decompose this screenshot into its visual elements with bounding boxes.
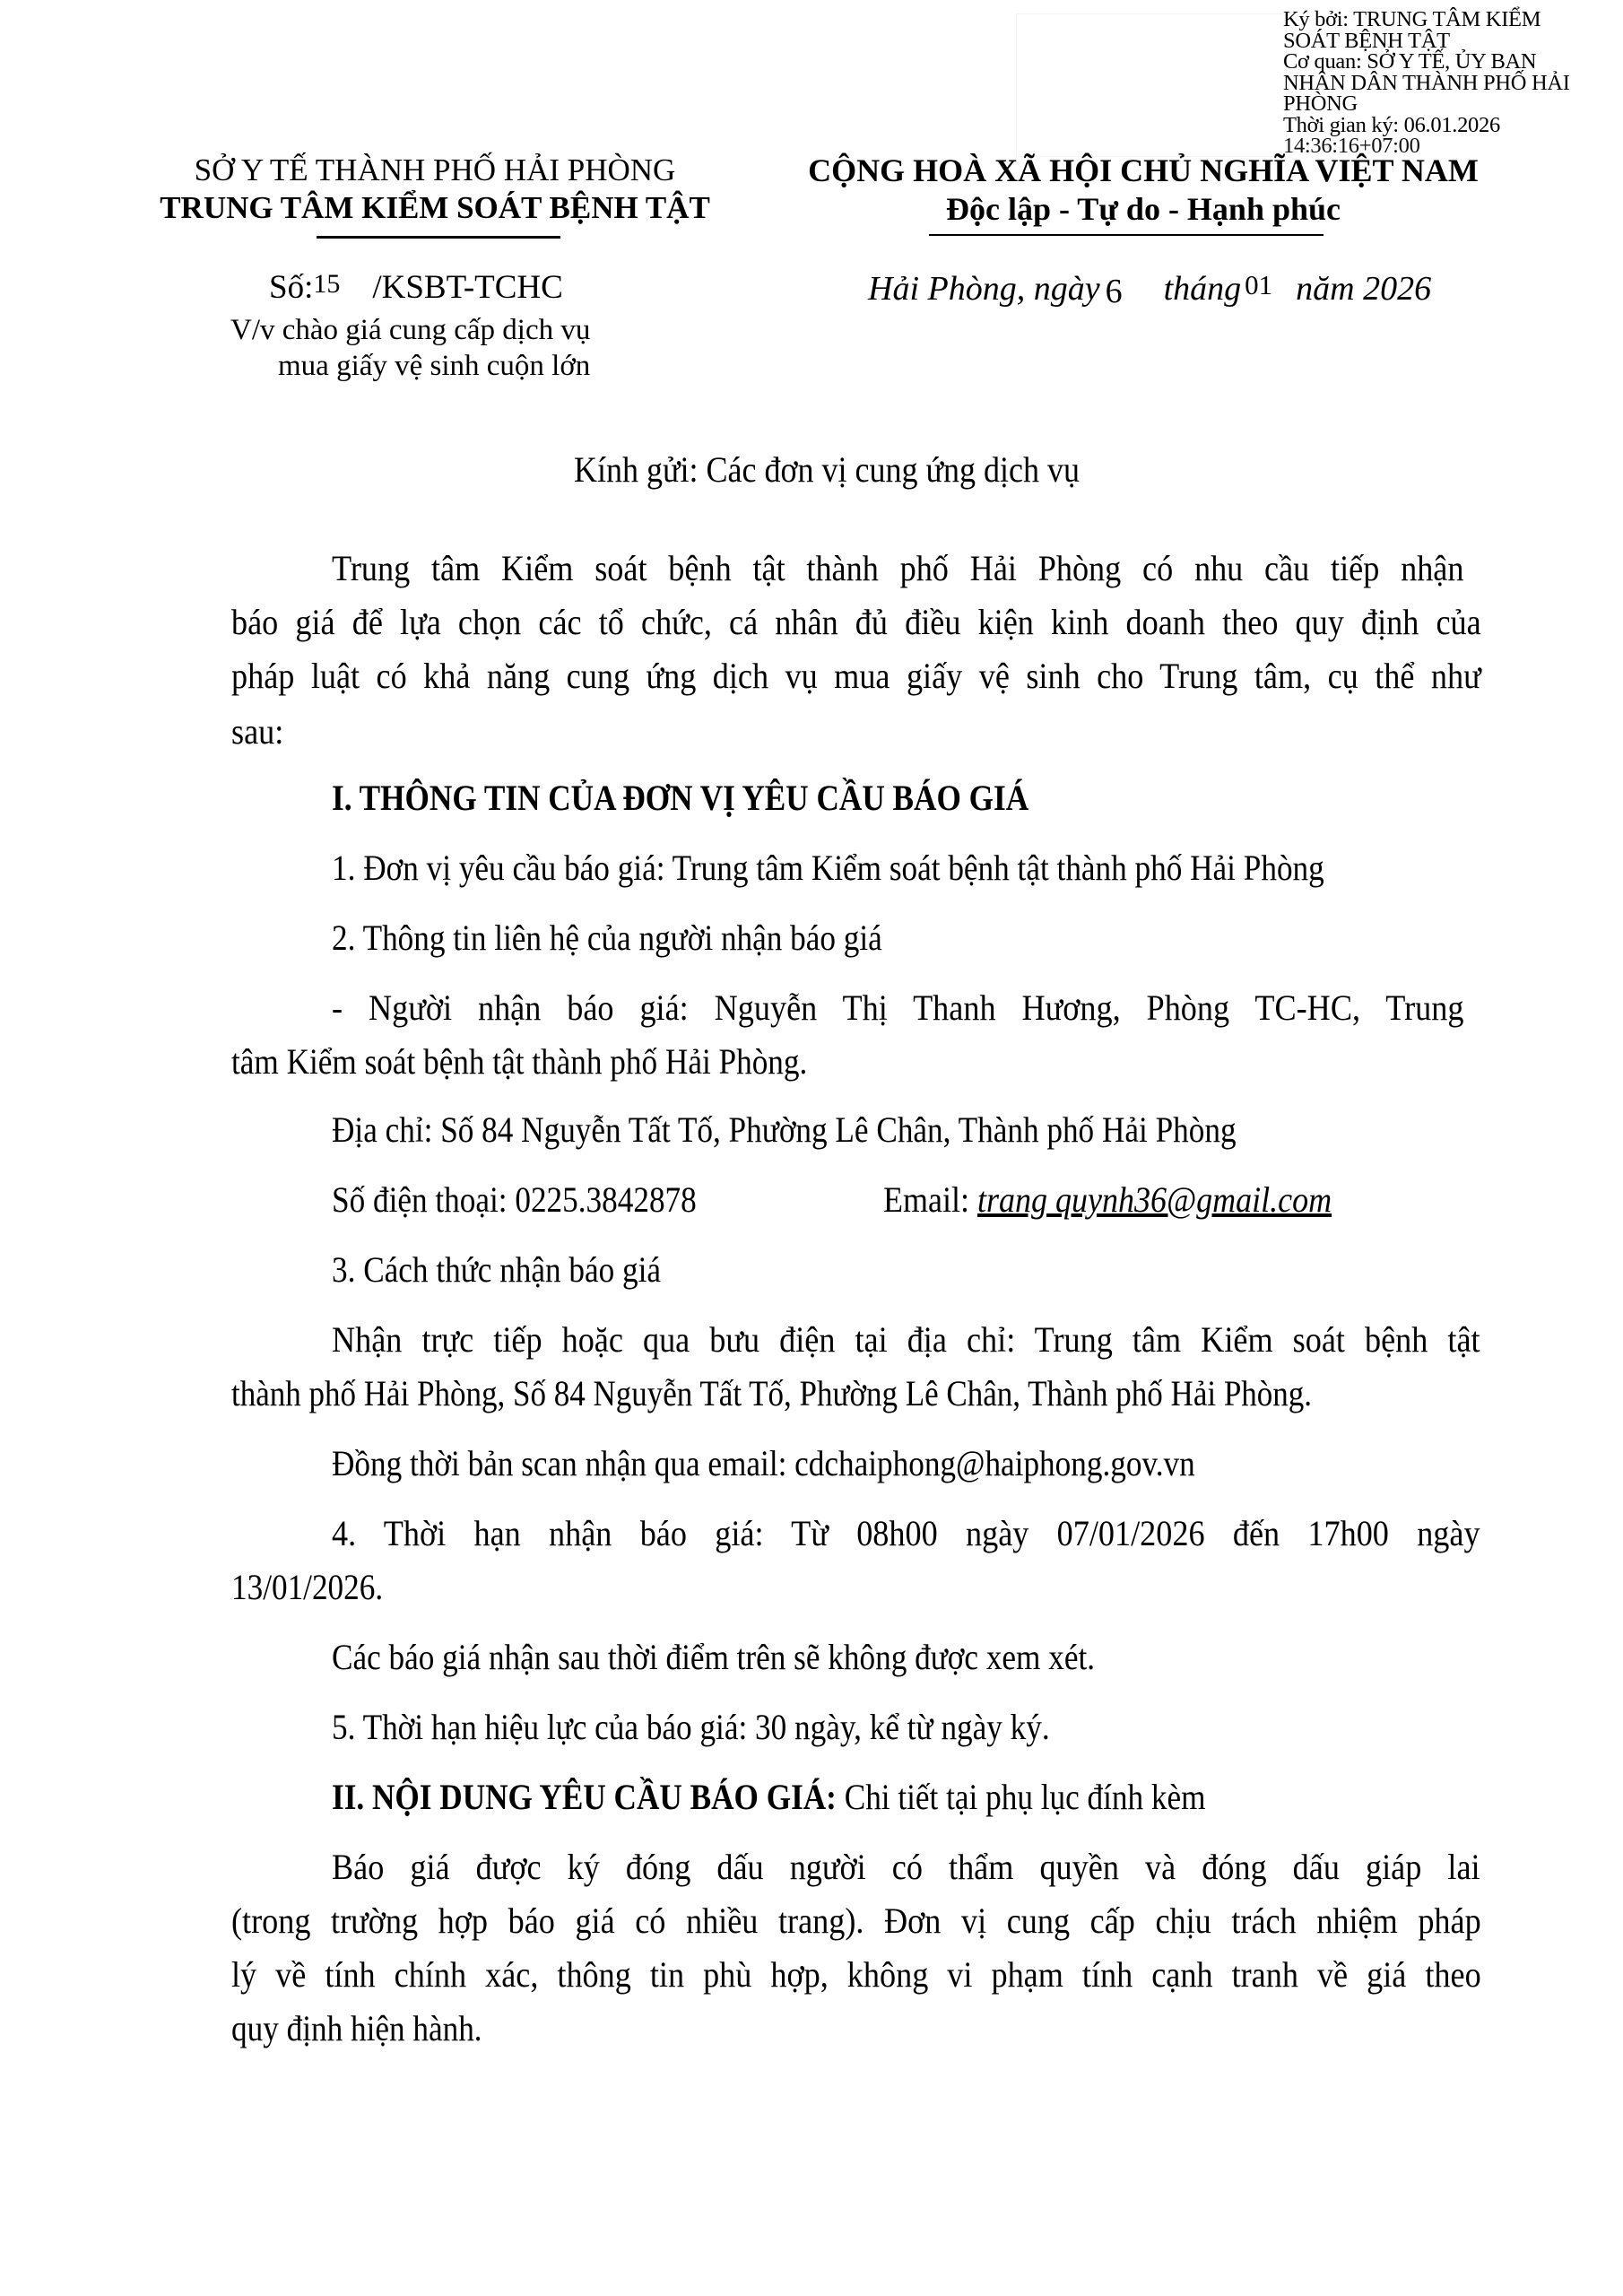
signature-line: NHÂN DÂN THÀNH PHỐ HẢI	[1283, 73, 1570, 94]
intro-text: Trung tâm Kiểm soát bệnh tật thành phố H…	[332, 549, 1463, 588]
agency-name: SỞ Y TẾ THÀNH PHỐ HẢI PHÒNG	[152, 152, 717, 188]
signature-line: Thời gian ký: 06.01.2026	[1283, 115, 1570, 136]
section-2-heading: II. NỘI DUNG YÊU CẦU BÁO GIÁ: Chi tiết t…	[332, 1778, 1206, 1817]
receiver-line-2: tâm Kiểm soát bệnh tật thành phố Hải Phò…	[231, 1042, 807, 1082]
signature-box-outline	[1016, 13, 1287, 157]
date-year: năm 2026	[1296, 270, 1431, 308]
intro-line-3: pháp luật có khả năng cung ứng dịch vụ m…	[231, 657, 1481, 696]
contact-address: Địa chỉ: Số 84 Nguyễn Tất Tố, Phường Lê …	[332, 1110, 1237, 1150]
section-2-text: lý về tính chính xác, thông tin phù hợp,…	[231, 1955, 1481, 1995]
digital-signature-stamp: Ký bởi: TRUNG TÂM KIỂM SOÁT BỆNH TẬT Cơ …	[1283, 9, 1570, 157]
deadline-text: 4. Thời hạn nhận báo giá: Từ 08h00 ngày …	[332, 1514, 1480, 1553]
section-2-para-line-3: lý về tính chính xác, thông tin phù hợp,…	[231, 1955, 1481, 1995]
nation-title: CỘNG HOÀ XÃ HỘI CHỦ NGHĨA VIỆT NAM	[789, 152, 1497, 188]
email-link[interactable]: trang quynh36@gmail.com	[977, 1179, 1332, 1220]
section-2-text: Báo giá được ký đóng dấu người có thẩm q…	[332, 1848, 1480, 1887]
intro-line-2: báo giá để lựa chọn các tổ chức, cá nhân…	[231, 603, 1481, 642]
recipient-line: Kính gửi: Các đơn vị cung ứng dịch vụ	[574, 450, 1080, 490]
date-place: Hải Phòng, ngày	[868, 270, 1100, 308]
intro-text: pháp luật có khả năng cung ứng dịch vụ m…	[231, 657, 1481, 696]
section-2-title: II. NỘI DUNG YÊU CẦU BÁO GIÁ:	[332, 1777, 837, 1817]
unit-name: TRUNG TÂM KIỂM SOÁT BỆNH TẬT	[152, 190, 717, 226]
contact-email: Email: trang quynh36@gmail.com	[883, 1180, 1332, 1220]
motto-underline	[929, 234, 1324, 236]
section-1-item-1: 1. Đơn vị yêu cầu báo giá: Trung tâm Kiể…	[332, 848, 1324, 888]
deadline-line-2: 13/01/2026.	[231, 1568, 383, 1607]
nation-motto: Độc lập - Tự do - Hạnh phúc	[789, 191, 1497, 227]
signature-line: Cơ quan: SỞ Y TẾ, ỦY BAN	[1283, 51, 1570, 73]
subject-line-2: mua giấy vệ sinh cuộn lớn	[278, 348, 590, 384]
receiver-text: - Người nhận báo giá: Nguyễn Thị Thanh H…	[332, 988, 1463, 1028]
document-date: Hải Phòng, ngày6tháng01năm 2026	[868, 269, 1431, 310]
late-note: Các báo giá nhận sau thời điểm trên sẽ k…	[332, 1638, 1095, 1677]
method-line-1: Nhận trực tiếp hoặc qua bưu điện tại địa…	[332, 1320, 1480, 1360]
email-label: Email:	[883, 1179, 969, 1220]
intro-line-1: Trung tâm Kiểm soát bệnh tật thành phố H…	[332, 549, 1463, 588]
number-suffix: /KSBT-TCHC	[372, 269, 562, 306]
section-1-heading: I. THÔNG TIN CỦA ĐƠN VỊ YÊU CẦU BÁO GIÁ	[332, 778, 1028, 818]
scan-email-line: Đồng thời bản scan nhận qua email: cdcha…	[332, 1444, 1195, 1483]
date-month: 01	[1241, 269, 1272, 300]
method-line-2: thành phố Hải Phòng, Số 84 Nguyễn Tất Tố…	[231, 1374, 1312, 1413]
receiver-line-1: - Người nhận báo giá: Nguyễn Thị Thanh H…	[332, 988, 1463, 1028]
date-day: 6	[1100, 273, 1123, 310]
section-2-para-line-4: quy định hiện hành.	[231, 2009, 482, 2048]
number-value: 15	[313, 269, 340, 299]
scan-email-text: Đồng thời bản scan nhận qua email: cdcha…	[332, 1443, 1195, 1483]
deadline-line-1: 4. Thời hạn nhận báo giá: Từ 08h00 ngày …	[332, 1514, 1480, 1553]
signature-line: SOÁT BỆNH TẬT	[1283, 30, 1570, 52]
section-1-item-5: 5. Thời hạn hiệu lực của báo giá: 30 ngà…	[332, 1708, 1050, 1747]
section-2-text: (trong trường hợp báo giá có nhiều trang…	[231, 1901, 1481, 1941]
section-1-item-3: 3. Cách thức nhận báo giá	[332, 1250, 661, 1290]
section-2-tail: Chi tiết tại phụ lục đính kèm	[837, 1777, 1206, 1817]
method-text: Nhận trực tiếp hoặc qua bưu điện tại địa…	[332, 1320, 1480, 1360]
intro-text: báo giá để lựa chọn các tổ chức, cá nhân…	[231, 603, 1481, 642]
section-1-item-2: 2. Thông tin liên hệ của người nhận báo …	[332, 918, 882, 958]
document-number: Số:15/KSBT-TCHC	[269, 269, 563, 309]
signature-line: PHÒNG	[1283, 93, 1570, 115]
contact-phone: Số điện thoại: 0225.3842878	[332, 1180, 697, 1220]
section-2-para-line-1: Báo giá được ký đóng dấu người có thẩm q…	[332, 1848, 1480, 1887]
number-label: Số:	[269, 269, 313, 306]
signature-line: Ký bởi: TRUNG TÂM KIỂM	[1283, 9, 1570, 30]
date-month-label: tháng	[1164, 270, 1242, 308]
intro-line-4: sau:	[231, 712, 283, 752]
unit-underline	[317, 236, 560, 239]
section-2-para-line-2: (trong trường hợp báo giá có nhiều trang…	[231, 1901, 1481, 1941]
subject-line-1: V/v chào giá cung cấp dịch vụ	[230, 312, 590, 348]
